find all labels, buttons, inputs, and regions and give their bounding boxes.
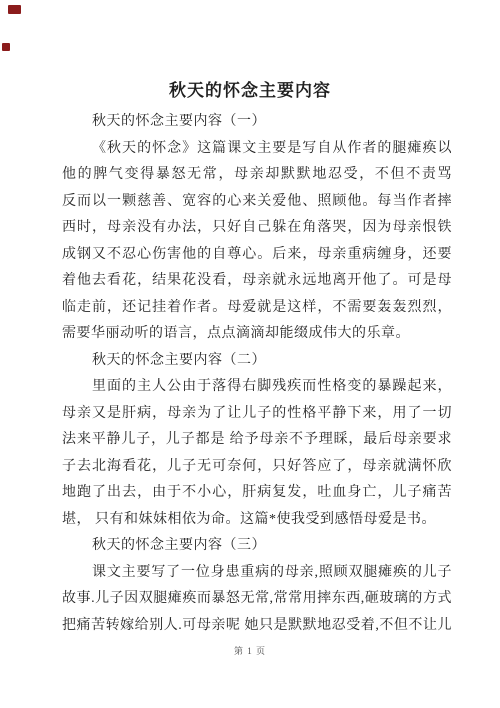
text-line: 故事.儿子因双腿瘫痪而暴怒无常,常常用摔东西,砸玻璃的方式: [62, 586, 452, 613]
document-page: 秋天的怀念主要内容 秋天的怀念主要内容（一）《秋天的怀念》这篇课文主要是写自从作…: [0, 0, 500, 708]
content-section: 秋天的怀念主要内容（三）课文主要写了一位身患重病的母亲,照顾双腿瘫痪的儿子的故事…: [62, 533, 452, 639]
page-title: 秋天的怀念主要内容: [0, 76, 500, 101]
text-line: 地跑了出去，由于不小心，肝病复发，吐血身亡，儿子痛苦不: [62, 480, 452, 507]
section-heading: 秋天的怀念主要内容（一）: [62, 109, 452, 136]
red-seal-fragment-icon: [2, 43, 10, 51]
text-line: 西时，母亲没有办法，只好自己躲在角落哭，因为母亲恨铁不: [62, 215, 452, 242]
text-line: 子去北海看花，儿子无可奈何，只好答应了，母亲就满怀欣喜: [62, 454, 452, 481]
content-section: 秋天的怀念主要内容（二）里面的主人公由于落得右脚残疾而性格变的暴躁起来，而母亲又…: [62, 348, 452, 534]
text-line: 他的脾气变得暴怒无常，母亲却默默地忍受，不但不责骂他，: [62, 162, 452, 189]
text-line: 《秋天的怀念》这篇课文主要是写自从作者的腿瘫痪以后，: [62, 136, 452, 163]
text-line: 把痛苦转嫁给别人.可母亲呢 她只是默默地忍受着,不但不让儿: [62, 613, 452, 640]
document-body: 秋天的怀念主要内容（一）《秋天的怀念》这篇课文主要是写自从作者的腿瘫痪以后，他的…: [62, 109, 452, 639]
section-heading: 秋天的怀念主要内容（三）: [62, 533, 452, 560]
text-line: 成钢又不忍心伤害他的自尊心。后来，母亲重病缠身，还要推: [62, 242, 452, 269]
text-line: 需要华丽动听的语言，点点滴滴却能缀成伟大的乐章。: [62, 321, 452, 348]
text-line: 堪， 只有和妹妹相依为命。这篇*使我受到感悟母爱是书。: [62, 507, 452, 534]
text-line: 临走前，还记挂着作者。母爱就是这样，不需要轰轰烈烈，不: [62, 295, 452, 322]
text-line: 法来平静儿子，儿子都是 给予母亲不予理睬，最后母亲要求儿: [62, 427, 452, 454]
content-section: 秋天的怀念主要内容（一）《秋天的怀念》这篇课文主要是写自从作者的腿瘫痪以后，他的…: [62, 109, 452, 348]
section-heading: 秋天的怀念主要内容（二）: [62, 348, 452, 375]
text-line: 反而以一颗慈善、宽容的心来关爱他、照顾他。每当作者摔东: [62, 189, 452, 216]
text-line: 着他去看花，结果花没看，母亲就永远地离开他了。可是母亲: [62, 268, 452, 295]
text-line: 里面的主人公由于落得右脚残疾而性格变的暴躁起来，而: [62, 374, 452, 401]
red-seal-fragment-icon: [8, 5, 21, 14]
page-number: 第 1 页: [0, 644, 500, 657]
text-line: 母亲又是肝病，母亲为了让儿子的性格平静下来，用了一切方: [62, 401, 452, 428]
text-line: 课文主要写了一位身患重病的母亲,照顾双腿瘫痪的儿子的: [62, 560, 452, 587]
